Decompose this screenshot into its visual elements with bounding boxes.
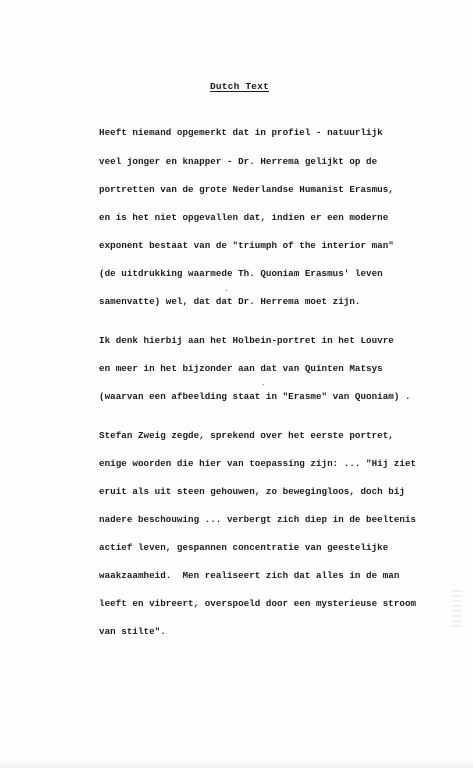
paragraph-2-line-2: en meer in het bijzonder aan dat van Qui… (99, 363, 383, 375)
paragraph-1-line-4: en is het niet opgevallen dat, indien er… (99, 212, 388, 224)
page-bottom-shadow (0, 758, 473, 768)
paragraph-3-line-4: nadere beschouwing ... verbergt zich die… (99, 514, 416, 526)
document-title: Dutch Text (0, 81, 473, 92)
paragraph-2-line-3: (waarvan een afbeelding staat in "Erasme… (99, 391, 411, 403)
handwritten-accent-mark: ´ (261, 384, 266, 393)
paragraph-1-line-7: samenvatte) wel, dat dat Dr. Herrema moe… (99, 296, 360, 308)
faint-margin-mark (452, 590, 462, 630)
paragraph-1-line-6: (de uitdrukking waarmede Th. Quoniam Era… (99, 268, 383, 280)
paragraph-3-line-7: leeft en vibreert, overspoeld door een m… (99, 598, 416, 610)
paragraph-3-line-2: enige woorden die hier van toepassing zi… (99, 458, 416, 470)
paragraph-2-line-1: Ik denk hierbij aan het Holbein-portret … (99, 335, 394, 347)
paragraph-3-line-3: eruit als uit steen gehouwen, zo bewegin… (99, 486, 405, 498)
paragraph-1-line-1: Heeft niemand opgemerkt dat in profiel -… (99, 127, 383, 139)
paragraph-1-line-3: portretten van de grote Nederlandse Huma… (99, 184, 394, 196)
handwritten-accent-mark: ` (224, 290, 229, 299)
document-page: Dutch Text Heeft niemand opgemerkt dat i… (0, 0, 473, 768)
paragraph-1-line-2: veel jonger en knapper - Dr. Herrema gel… (99, 156, 377, 168)
paragraph-3-line-5: actief leven, gespannen concentratie van… (99, 542, 388, 554)
paragraph-3-line-8: van stilte". (99, 626, 166, 638)
paragraph-3-line-1: Stefan Zweig zegde, sprekend over het ee… (99, 430, 394, 442)
paragraph-1-line-5: exponent bestaat van de "triumph of the … (99, 240, 394, 252)
paragraph-3-line-6: waakzaamheid. Men realiseert zich dat al… (99, 570, 399, 582)
